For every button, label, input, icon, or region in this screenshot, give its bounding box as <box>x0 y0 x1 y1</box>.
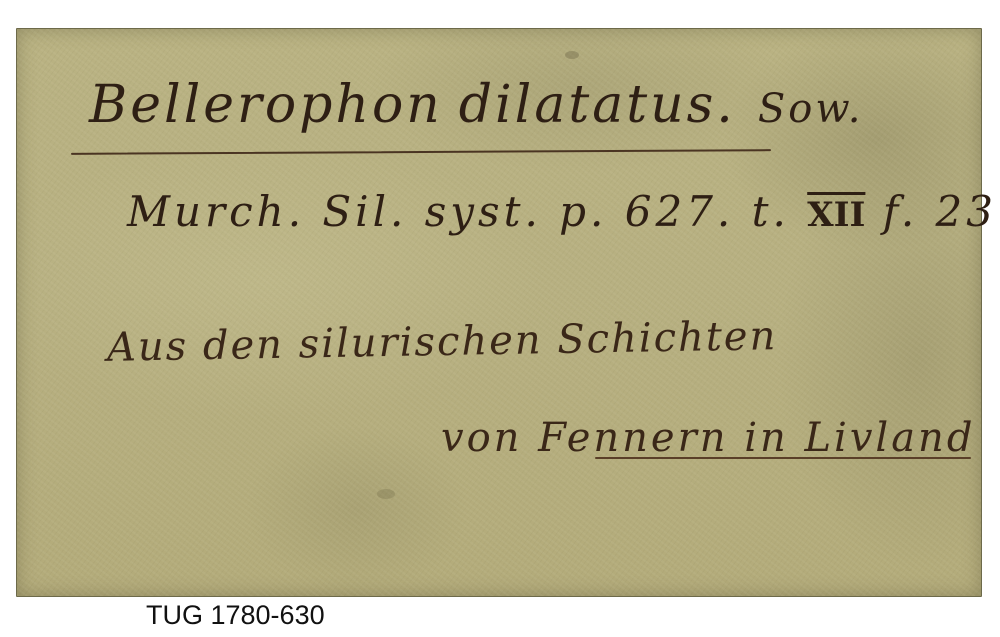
catalog-number: TUG 1780-630 <box>146 600 325 631</box>
locality-underline <box>595 457 971 459</box>
specimen-label: Bellerophondilatatus.Sow. Murch. Sil. sy… <box>16 28 982 597</box>
taxon-underline <box>71 149 771 155</box>
provenance-line-2: von Fennern in Livland <box>441 415 975 461</box>
stain-mark <box>565 51 579 59</box>
species-name: dilatatus. <box>459 75 736 135</box>
plate-number: XII <box>807 195 865 235</box>
provenance-line-1: Aus den silurischen Schichten <box>107 313 778 371</box>
reference-line: Murch. Sil. syst. p. 627. t. XII f. 23.2… <box>127 187 1000 236</box>
taxon-author: Sow. <box>758 86 864 132</box>
taxon-name-line: Bellerophondilatatus.Sow. <box>89 75 864 135</box>
reference-text: Murch. Sil. syst. p. 627. t. <box>127 187 790 236</box>
stain-mark <box>377 489 395 499</box>
genus-name: Bellerophon <box>89 75 443 135</box>
figure-numbers: f. 23.24. <box>883 187 1000 236</box>
